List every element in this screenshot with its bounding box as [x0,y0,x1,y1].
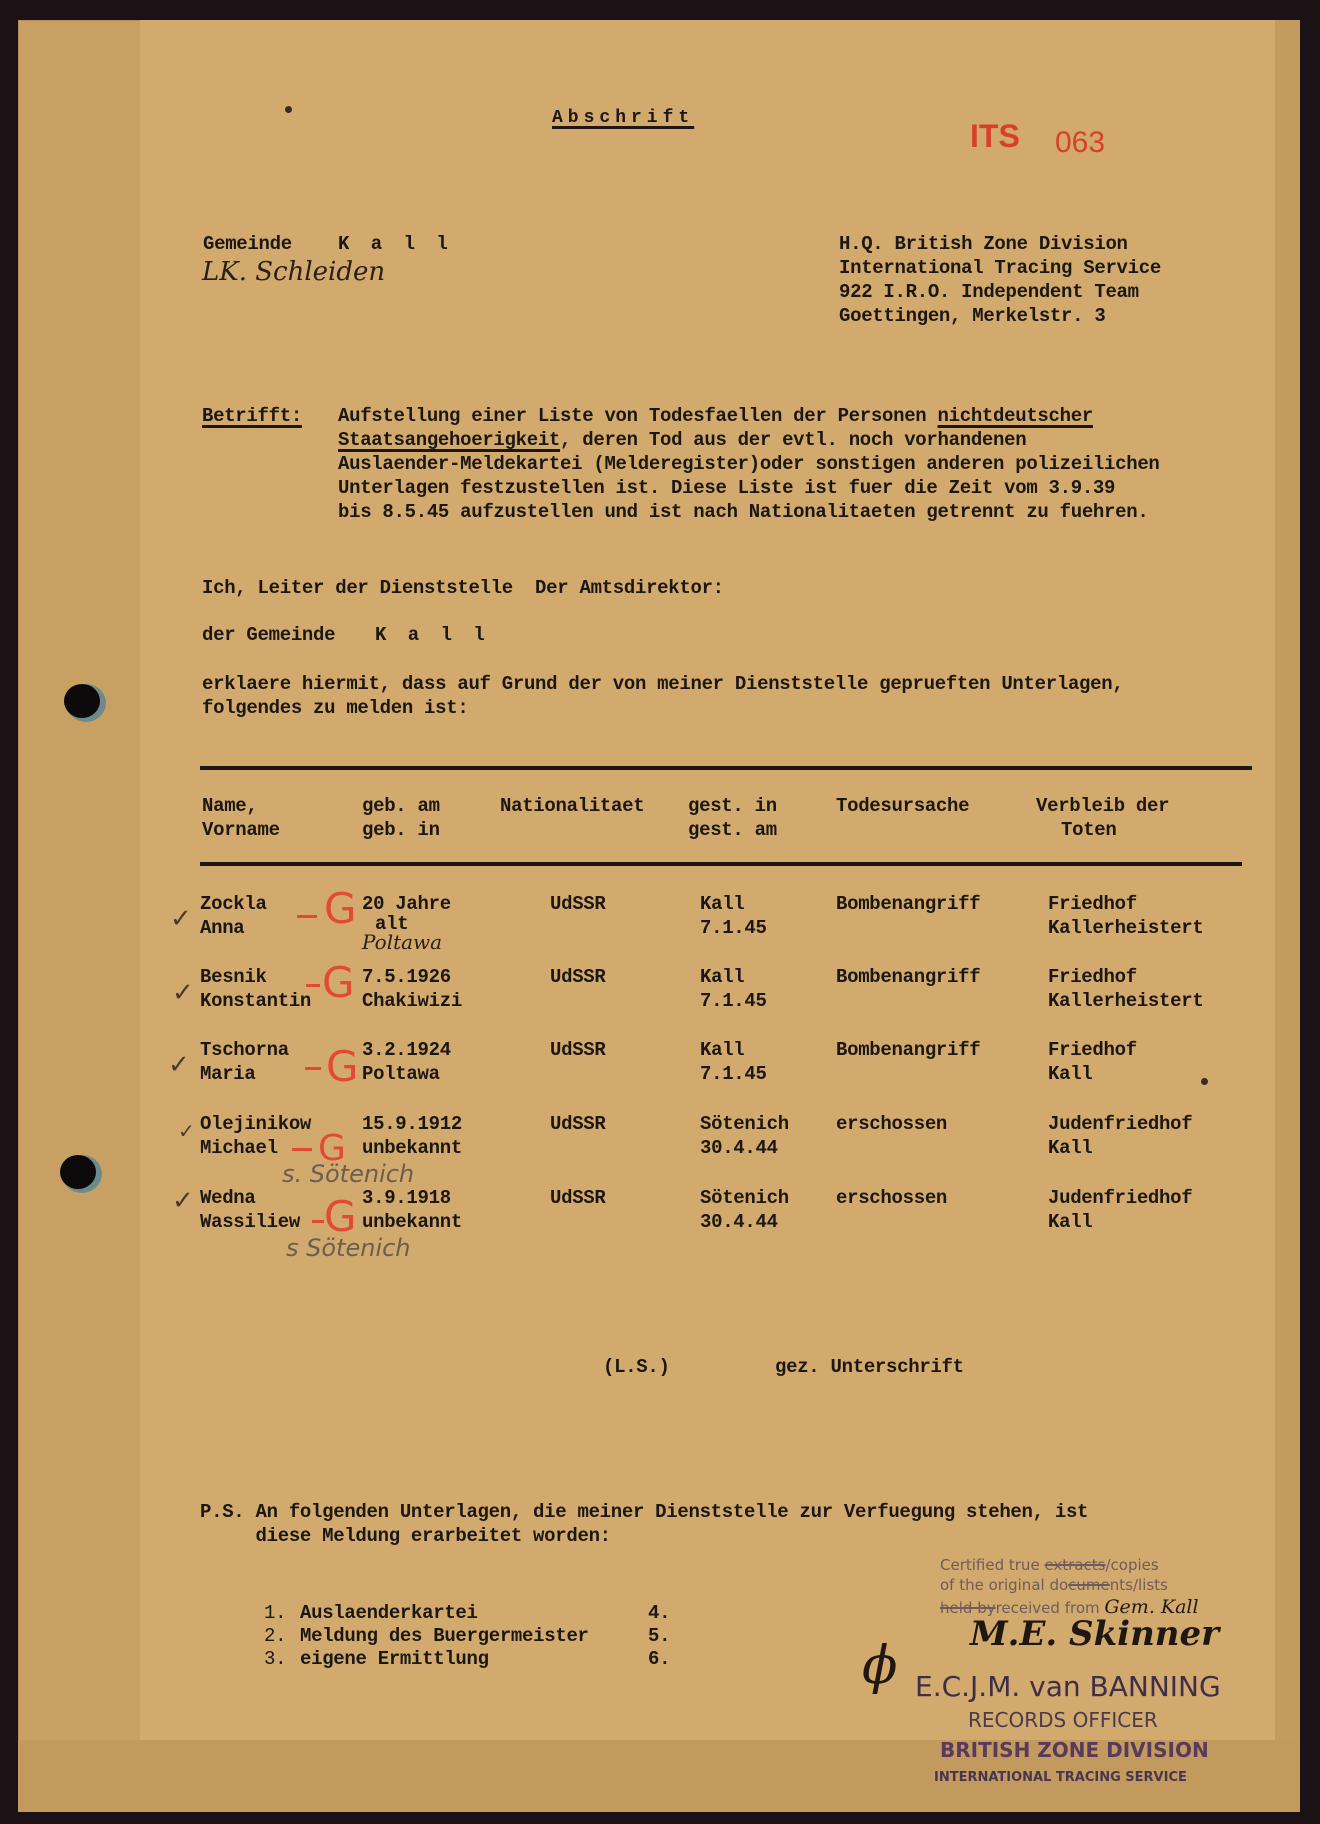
died-on: 7.1.45 [700,989,767,1013]
nationality: UdSSR [550,1112,606,1136]
cert-text: Certified true [940,1556,1044,1574]
surname: Olejinikow [200,1112,311,1136]
recipient-line: International Tracing Service [839,256,1161,280]
subject-line-2: Staatsangehoerigkeit, deren Tod aus der … [338,428,1026,452]
header-burial: Verbleib der [1036,794,1169,818]
division-name: BRITISH ZONE DIVISION [940,1738,1209,1762]
postscript-line-1: P.S. An folgenden Unterlagen, die meiner… [200,1500,1088,1524]
burial-place: Judenfriedhof [1048,1112,1192,1136]
died-in: Kall [700,965,744,989]
died-on: 30.4.44 [700,1136,778,1160]
organization-name: INTERNATIONAL TRACING SERVICE [934,1770,1187,1785]
signature-note: gez. Unterschrift [775,1355,964,1379]
red-g-mark: G [324,1196,357,1238]
checkmark-icon: ✓ [178,1118,195,1144]
cert-struck-text: extracts [1044,1556,1105,1574]
firstname: Maria [200,1062,256,1086]
nationality: UdSSR [550,965,606,989]
pencil-note: s Sötenich [286,1234,411,1262]
burial-place: Friedhof [1048,1038,1137,1062]
nationality: UdSSR [550,1038,606,1062]
burial-place: Kallerheistert [1048,989,1203,1013]
subject-line-3: Auslaender-Meldekartei (Melderegister)od… [338,452,1160,476]
handwritten-district: LK. Schleiden [202,257,385,287]
source-label: Auslaenderkartei [300,1601,478,1625]
surname: Wedna [200,1186,256,1210]
ink-speck [1201,1078,1208,1085]
recipient-line: Goettingen, Merkelstr. 3 [839,304,1105,328]
punch-hole-bottom [60,1155,96,1189]
source-label: eigene Ermittlung [300,1647,489,1671]
died-in: Sötenich [700,1112,789,1136]
ink-speck [285,106,292,113]
handwritten-signature: M.E. Skinner [970,1614,1219,1654]
died-on: 7.1.45 [700,1062,767,1086]
source-number: 3. [264,1647,286,1671]
cause-of-death: erschossen [836,1186,947,1210]
source-extra: 4. [648,1601,670,1625]
subject-line-5: bis 8.5.45 aufzustellen und ist nach Nat… [338,500,1148,524]
declaration-line-1: Ich, Leiter der Dienststelle Der Amtsdir… [202,576,724,600]
burial-place: Friedhof [1048,892,1137,916]
cause-of-death: Bombenangriff [836,1038,980,1062]
cert-struck-text: cume [1068,1576,1110,1594]
header-death: gest. in [688,794,777,818]
header-name: Vorname [202,818,280,842]
officer-title: RECORDS OFFICER [968,1708,1158,1732]
declaration-place: K a l l [375,623,490,647]
header-birth: geb. in [362,818,440,842]
seal-mark: (L.S.) [603,1355,670,1379]
cause-of-death: erschossen [836,1112,947,1136]
firstname: Konstantin [200,989,311,1013]
checkmark-icon: ✓ [172,980,194,1006]
table-top-rule [200,766,1252,770]
checkmark-icon: ✓ [170,906,192,932]
cause-of-death: Bombenangriff [836,965,980,989]
cert-text: of the original do [940,1576,1068,1594]
red-dash-mark [312,1220,324,1223]
signature-flourish: ϕ [862,1636,897,1696]
postscript-line-2: diese Meldung erarbeitet worden: [200,1524,611,1548]
subject-label: Betrifft: [202,404,302,428]
punch-hole-top [64,684,100,718]
firstname: Wassiliew [200,1210,300,1234]
born-in: Poltawa [362,1062,440,1086]
source-number: 1. [264,1601,286,1625]
cert-text: /copies [1105,1556,1158,1574]
declaration-line-4: folgendes zu melden ist: [202,696,468,720]
table-header-rule [200,862,1242,866]
header-burial: Toten [1061,818,1117,842]
its-stamp: ITS [970,118,1020,155]
header-cause: Todesursache [836,794,969,818]
declaration-label: der Gemeinde [202,623,335,647]
red-dash-mark [297,915,317,918]
recipient-line: 922 I.R.O. Independent Team [839,280,1139,304]
born-in: unbekannt [362,1210,462,1234]
cert-line-1: Certified true extracts/copies [940,1556,1159,1574]
burial-place: Judenfriedhof [1048,1186,1192,1210]
surname: Tschorna [200,1038,289,1062]
burial-place: Kall [1048,1136,1092,1160]
sender-label: Gemeinde [203,232,292,256]
officer-name: E.C.J.M. van BANNING [915,1670,1221,1703]
checkmark-icon: ✓ [172,1188,194,1214]
sender-place: K a l l [338,232,453,256]
subject-text: , deren Tod aus der evtl. noch vorhanden… [560,429,1026,451]
document-title: Abschrift [552,106,694,130]
red-dash-mark [305,1067,321,1070]
born-on: 3.2.1924 [362,1038,451,1062]
cert-line-2: of the original documents/lists [940,1576,1168,1594]
red-g-mark: G [324,888,357,930]
burial-place: Kall [1048,1210,1092,1234]
burial-place: Friedhof [1048,965,1137,989]
recipient-line: H.Q. British Zone Division [839,232,1128,256]
source-number: 2. [264,1624,286,1648]
header-death: gest. am [688,818,777,842]
red-dash-mark [306,984,320,987]
died-on: 7.1.45 [700,916,767,940]
born-on: 7.5.1926 [362,965,451,989]
red-g-mark: G [322,962,355,1004]
source-extra: 6. [648,1647,670,1671]
header-nationality: Nationalitaet [500,794,644,818]
subject-text: Aufstellung einer Liste von Todesfaellen… [338,405,938,427]
died-in: Kall [700,892,744,916]
header-name: Name, [202,794,258,818]
died-in: Kall [700,1038,744,1062]
nationality: UdSSR [550,1186,606,1210]
subject-emphasis: nichtdeutscher [938,405,1093,427]
born-in: Chakiwizi [362,989,462,1013]
red-g-mark: G [326,1046,359,1088]
cause-of-death: Bombenangriff [836,892,980,916]
born-on: 15.9.1912 [362,1112,462,1136]
subject-line-4: Unterlagen festzustellen ist. Diese List… [338,476,1115,500]
pencil-note: s. Sötenich [282,1160,414,1188]
firstname: Anna [200,916,244,940]
died-on: 30.4.44 [700,1210,778,1234]
surname: Besnik [200,965,267,989]
burial-place: Kall [1048,1062,1092,1086]
died-in: Sötenich [700,1186,789,1210]
source-extra: 5. [648,1624,670,1648]
source-label: Meldung des Buergermeister [300,1624,589,1648]
handwritten-birthplace: Poltawa [362,930,442,954]
born-on: 3.9.1918 [362,1186,451,1210]
subject-line-1: Aufstellung einer Liste von Todesfaellen… [338,404,1093,428]
firstname: Michael [200,1136,278,1160]
burial-place: Kallerheistert [1048,916,1203,940]
cert-text: nts/lists [1110,1576,1168,1594]
paper-right-margin [1275,20,1300,1812]
declaration-line-3: erklaere hiermit, dass auf Grund der von… [202,672,1123,696]
nationality: UdSSR [550,892,606,916]
surname: Zockla [200,892,267,916]
archive-number: 063 [1055,126,1105,160]
born-in: unbekannt [362,1136,462,1160]
header-birth: geb. am [362,794,440,818]
red-dash-mark [292,1148,312,1151]
subject-emphasis: Staatsangehoerigkeit [338,429,560,451]
checkmark-icon: ✓ [168,1052,190,1078]
